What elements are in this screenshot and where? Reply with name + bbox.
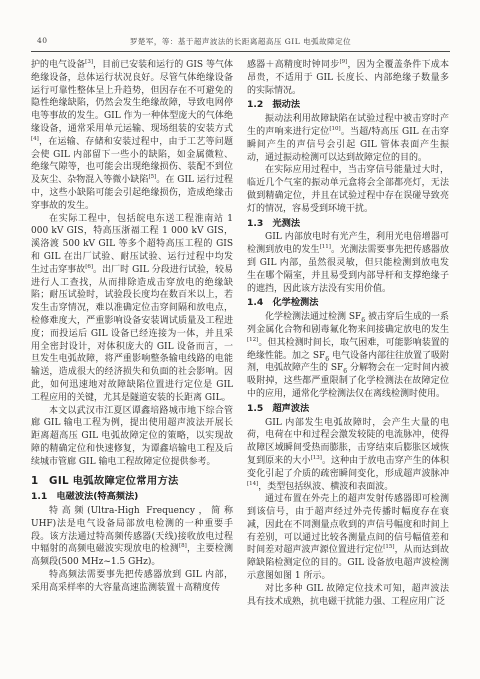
paragraph: 本文以武汉市江夏区谭鑫培路城市地下综合管廊 GIL 输电工程为例，提出使用超声波… xyxy=(31,405,233,469)
paragraph: 感器＋高精度时钟同步[9]，因为全覆盖条件下成本昂贵，不适用于 GIL 长度长、… xyxy=(247,59,449,97)
paragraph: GIL 内部发生电弧故障时，会产生大量的电荷，电荷在中和过程会激发较陡的电流脉冲… xyxy=(247,417,449,494)
subsection-heading: 1.4 化学检测法 xyxy=(247,297,449,310)
right-column: 感器＋高精度时钟同步[9]，因为全覆盖条件下成本昂贵，不适用于 GIL 长度长、… xyxy=(247,59,449,608)
running-title: 罗楚军，等：基于超声波法的长距离超高压 GIL 电弧故障定位 xyxy=(31,36,450,47)
subsection-heading: 1.1 电磁波法(特高频法) xyxy=(31,491,233,504)
subsection-heading: 1.5 超声波法 xyxy=(247,403,449,416)
left-column: 护的电气设备[3]，目前已安装和运行的 GIS 等气体绝缘设备，总体运行状况良好… xyxy=(31,59,233,608)
paper-page: 40 罗楚军，等：基于超声波法的长距离超高压 GIL 电弧故障定位 护的电气设备… xyxy=(0,0,480,679)
paragraph: 护的电气设备[3]，目前已安装和运行的 GIS 等气体绝缘设备，总体运行状况良好… xyxy=(31,59,233,213)
paragraph: 在实际工程中，包括皖电东送工程淮南站 1 000 kV GIS，特高压浙福工程 … xyxy=(31,213,233,405)
text-columns: 护的电气设备[3]，目前已安装和运行的 GIS 等气体绝缘设备，总体运行状况良好… xyxy=(31,59,450,608)
paragraph: GIL 内部放电时有光产生，利用光电倍增器可检测到放电的发生[11]。光测法需要… xyxy=(247,231,449,295)
paragraph: 特高频(Ultra-High Frequency，简称 UHF)法是电气设备局部… xyxy=(31,505,233,569)
paragraph: 对比多种 GIL 故障定位技术可知，超声波法具有技术成熟，抗电磁干扰能力强、工程… xyxy=(247,583,449,609)
paragraph: 特高频法需要事先把传感器放到 GIL 内部，采用高采样率的大容量高速监测装置＋高… xyxy=(31,569,233,595)
paragraph: 在实际应用过程中，当击穿信号能量过大时，临近几个气室的振动单元盒将会全部都亮灯，… xyxy=(247,164,449,215)
header-rule xyxy=(31,51,450,52)
subsection-heading: 1.3 光测法 xyxy=(247,218,449,231)
paragraph: 通过布置在外壳上的超声发射传感器即可检测到该信号，由于超声经过外壳传播时幅度存在… xyxy=(247,493,449,583)
section-heading: 1 GIL 电弧故障定位常用方法 xyxy=(31,475,233,488)
paragraph: 化学检测法通过检测 SF6 被击穿后生成的一系列金属化合物和剧毒氟化物来间接确定… xyxy=(247,311,449,401)
paragraph: 振动法利用故障缺陷在试验过程中被击穿时产生的声响来进行定位[10]。当超/特高压… xyxy=(247,113,449,164)
subsection-heading: 1.2 振动法 xyxy=(247,99,449,112)
page-header: 40 罗楚军，等：基于超声波法的长距离超高压 GIL 电弧故障定位 xyxy=(31,36,450,48)
